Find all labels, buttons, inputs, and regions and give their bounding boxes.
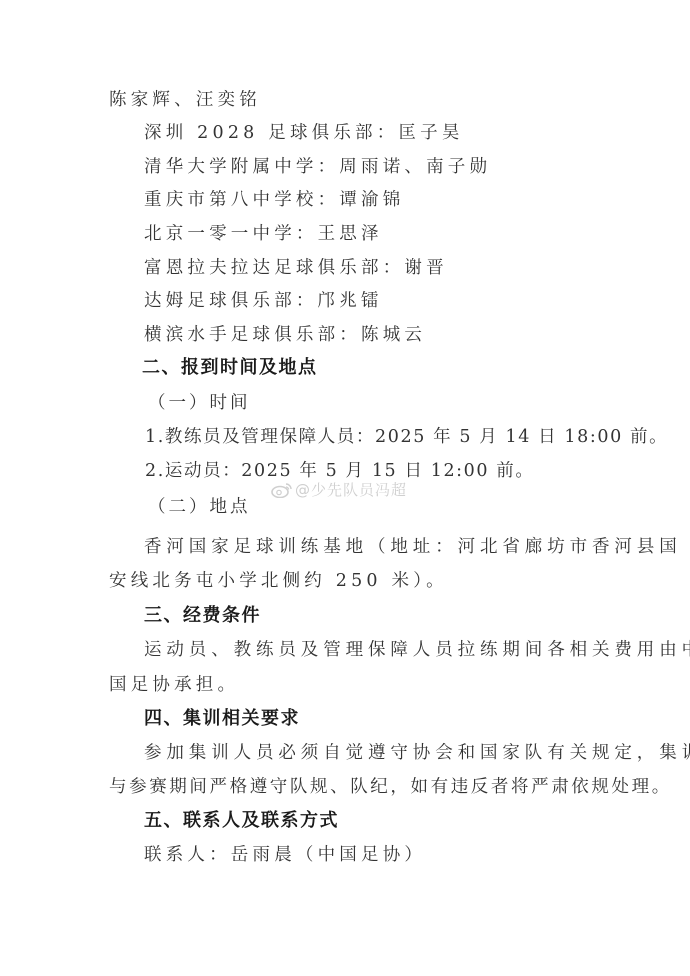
roster-beijing-101: 北京一零一中学：王思泽 xyxy=(144,222,383,246)
expenses-line2: 国足协承担。 xyxy=(109,673,239,697)
roster-tsinghua-high: 清华大学附属中学：周雨诺、南子勋 xyxy=(144,155,491,179)
watermark: @少先队员冯超 xyxy=(271,479,407,500)
section-heading-4: 四、集训相关要求 xyxy=(144,707,300,731)
subheading-place: （二）地点 xyxy=(148,495,251,519)
roster-fuenlabrada: 富恩拉夫拉达足球俱乐部：谢晋 xyxy=(144,256,448,280)
roster-chongqing-no8: 重庆市第八中学校：谭渝锦 xyxy=(144,188,404,212)
subheading-time: （一）时间 xyxy=(148,391,251,415)
contact-person: 联系人：岳雨晨（中国足协） xyxy=(144,843,426,867)
section-heading-3: 三、经费条件 xyxy=(144,604,261,628)
roster-shenzhen-2028: 深圳 2028 足球俱乐部：匡子昊 xyxy=(144,121,464,145)
section-heading-5: 五、联系人及联系方式 xyxy=(144,809,339,833)
roster-dam: 达姆足球俱乐部：邝兆镭 xyxy=(144,289,383,313)
roster-yokohama: 横滨水手足球俱乐部：陈城云 xyxy=(144,323,426,347)
place-address-line1: 香河国家足球训练基地（地址：河北省廊坊市香河县国 xyxy=(144,535,682,559)
expenses-line1: 运动员、教练员及管理保障人员拉练期间各相关费用由中 xyxy=(144,638,690,662)
roster-continuation: 陈家辉、汪奕铭 xyxy=(109,88,261,112)
place-address-line2: 安线北务屯小学北侧约 250 米）。 xyxy=(109,569,448,593)
watermark-text: @少先队员冯超 xyxy=(295,481,407,499)
section-heading-2: 二、报到时间及地点 xyxy=(142,356,318,380)
time-coaches: 1.教练员及管理保障人员：2025 年 5 月 14 日 18:00 前。 xyxy=(145,425,668,449)
weibo-logo-icon xyxy=(271,482,293,498)
requirements-line2: 与参赛期间严格遵守队规、队纪，如有违反者将严肃依规处理。 xyxy=(109,775,672,799)
requirements-line1: 参加集训人员必须自觉遵守协会和国家队有关规定，集训 xyxy=(144,741,690,765)
